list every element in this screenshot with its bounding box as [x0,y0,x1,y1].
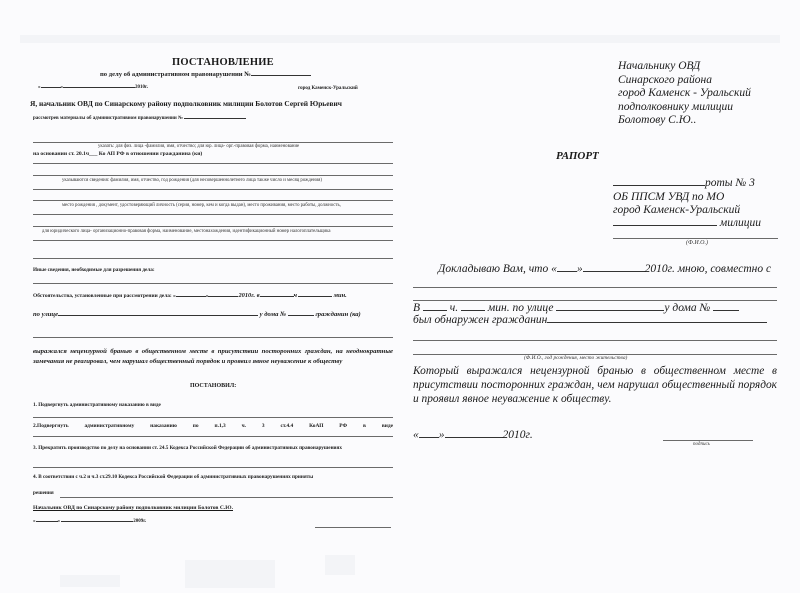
circ-year-text: 2010г. в [238,292,259,299]
fill-line[interactable] [413,340,777,341]
sign-date: «» 2009г. [33,519,146,524]
report-offense-text: Который выражался нецензурной бранью в о… [413,364,777,406]
item-2: 2.Подвергнуть административному наказани… [33,423,393,429]
decision-field[interactable] [60,497,393,498]
report-title: РАПОРТ [556,150,599,162]
found-citizen-text: был обнаружен гражданин [413,314,547,326]
street-label: по улице [33,311,58,318]
report-minute-field[interactable] [461,309,485,311]
day-field[interactable] [41,86,61,88]
fill-line[interactable] [33,214,393,215]
hint-birthplace: место рождения , документ, удостоверяющи… [62,203,341,208]
report-date: «»2010г. [413,429,533,441]
fill-line[interactable] [413,300,777,301]
sign-year-text: 2009г. [133,519,146,524]
street-field[interactable] [58,314,258,316]
from-city: город Каменск-Уральский [613,204,740,216]
official-line: Я, начальник ОВД по Синарскому району по… [30,99,342,108]
scan-artifact [325,555,355,575]
other-info: Иные сведения, необходимые для разрешени… [33,267,155,273]
circ-month-field[interactable] [208,295,238,297]
circumstances-line: Обстоятельства, установленные при рассмо… [33,292,347,299]
item-3: 3. Прекратить производство по делу на ос… [33,444,393,452]
fill-line[interactable] [33,283,393,284]
fio-hint: (Ф.И.О.) [686,240,708,246]
report-sign-day-field[interactable] [419,436,439,438]
subtitle-text: по делу об административном правонарушен… [100,71,251,78]
time-line: В ч. мин. по улице у дома № [413,302,739,314]
signature-field[interactable] [315,527,391,528]
hint-legal: указать: для физ. лица -фамилия, имя, от… [98,144,299,149]
signature-hint: подпись [693,442,710,447]
house-label: у дома № [260,311,286,318]
report-sign-month-field[interactable] [445,436,503,438]
fill-line[interactable] [33,258,393,259]
addressee-block: Начальнику ОВД Синарского района город К… [618,60,751,128]
from-rank: милиции [613,217,761,229]
report-day-field[interactable] [557,270,577,272]
addressee-line: город Каменск - Уральский [618,87,751,101]
fill-line[interactable] [33,142,393,143]
report-start-text: Докладываю Вам, что « [438,263,557,275]
time-prefix: В [413,302,420,314]
reviewed-materials: рассмотрев материалы об административном… [33,116,246,121]
circ-hour-field[interactable] [260,295,294,297]
rank-text: милиции [720,217,761,229]
quote: « [413,429,419,441]
minute-label: мин. [334,292,347,299]
reviewed-text: рассмотрев материалы об административном… [33,116,183,121]
found-citizen: был обнаружен гражданин [413,314,767,326]
scan-artifact [60,575,120,587]
rank-field[interactable] [613,224,717,226]
sign-day-field[interactable] [36,520,58,522]
addressee-line: подполковнику милиции [618,101,751,115]
fill-line[interactable] [33,175,393,176]
report-sign-year: 2010г. [503,429,533,441]
scan-artifact [20,35,780,43]
addressee-line: Синарского района [618,74,751,88]
month-field[interactable] [63,86,135,88]
officer-name-field[interactable] [613,184,705,186]
basis-line: на основании ст. 20.1ч___ Ко АП РФ в отн… [33,151,202,157]
addressee-line: Болотову С.Ю.. [618,114,751,128]
house-field[interactable] [288,314,314,316]
report-month-field[interactable] [583,270,645,272]
year-text: 2010г. [135,85,148,90]
report-signature-field[interactable] [663,440,753,441]
company-text: роты № 3 [705,177,755,189]
offense-text: выражался нецензурной бранью в обществен… [33,347,393,367]
hour-label: ч. [450,302,458,314]
fill-line[interactable] [413,287,777,288]
fill-line[interactable] [33,226,393,227]
citizen-label: гражданин (ка) [315,311,360,318]
circumstances-text: Обстоятельства, установленные при рассмо… [33,293,176,299]
materials-number-field[interactable] [184,117,246,119]
citizen-hint: (Ф.И.О., год рождения, место жительства) [524,355,627,361]
city-text: город Каменск-Уральский [298,86,358,91]
fill-line[interactable] [33,200,393,201]
from-unit: ОБ ППСМ УВД по МО [613,191,724,203]
item-4: 4. В соответствии с ч.2 и ч.3 ст.29.10 К… [33,474,313,480]
form-date: «»2010г. [38,85,148,90]
report-house-field[interactable] [713,309,739,311]
street-line: по улице у дома № гражданин (ка) [33,311,361,318]
quote: » [577,263,583,275]
circ-day-field[interactable] [176,295,206,297]
item-1: 1. Подвергнуть административному наказан… [33,402,161,408]
fill-line[interactable] [33,436,393,437]
form-title: ПОСТАНОВЛЕНИЕ [172,57,274,68]
fio-field[interactable] [613,238,778,239]
fill-line[interactable] [33,467,393,468]
hour-label: ч [294,292,297,299]
report-start: Докладываю Вам, что «»2010г. мною, совме… [438,263,771,275]
case-number-field[interactable] [251,74,311,76]
house-label: у дома № [664,302,710,314]
fill-line[interactable] [33,163,393,164]
quote: » [439,429,445,441]
hint-person: указываются сведения: фамилия, имя, отче… [62,178,322,183]
report-hour-field[interactable] [423,309,447,311]
hint-org: для юридического лица- организационно-пр… [42,229,330,234]
sign-month-field[interactable] [61,520,133,522]
form-subtitle: по делу об административном правонарушен… [100,71,311,78]
fill-line[interactable] [33,337,393,338]
quote: » [58,519,61,524]
minute-label: мин. по улице [488,302,554,314]
report-street-field[interactable] [556,309,664,311]
fill-line[interactable] [33,417,393,418]
signatory: Начальник ОВД по Синарскому району подпо… [33,505,233,511]
fill-line[interactable] [33,240,393,241]
resolved-heading: ПОСТАНОВИЛ: [190,383,236,389]
report-year-text: 2010г. мною, совместно с [645,263,771,275]
citizen-field[interactable] [547,321,767,323]
from-company: роты № 3 [613,177,755,189]
addressee-line: Начальнику ОВД [618,60,751,74]
scan-artifact [185,560,275,588]
decision-label: решения [33,490,54,496]
fill-line[interactable] [33,189,393,190]
circ-minute-field[interactable] [298,295,332,297]
